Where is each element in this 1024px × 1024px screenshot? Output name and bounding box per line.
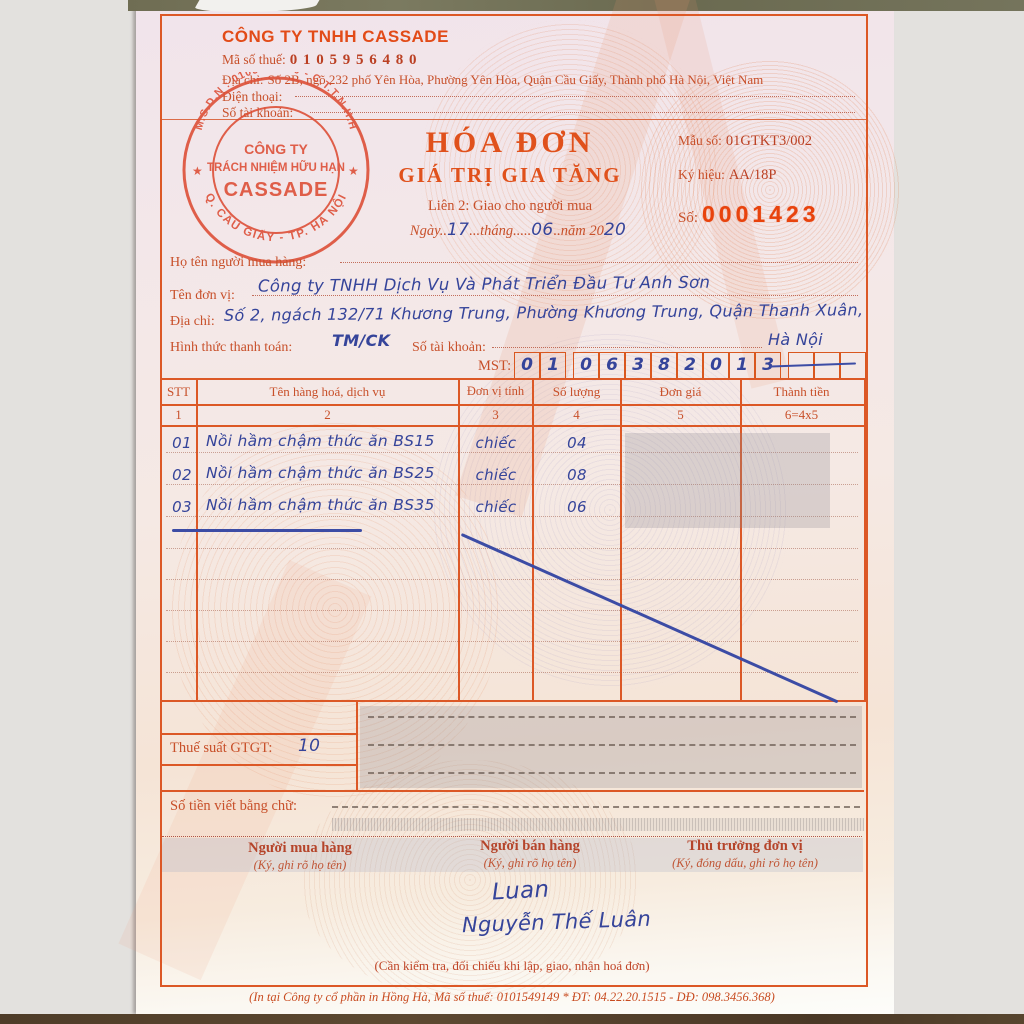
- redacted-words-strip: [332, 818, 864, 831]
- seller-signature-handwritten: Luan: [491, 877, 550, 906]
- tax-rate-label: Thuế suất GTGT:: [170, 740, 272, 757]
- date-word-thang: tháng: [480, 223, 513, 239]
- col-header-price: Đơn giá: [621, 384, 740, 400]
- summary-vline: [356, 700, 358, 790]
- row-stt: 01: [168, 434, 196, 452]
- row-stt: 03: [168, 498, 196, 516]
- director-signature-title: Thủ trưởng đơn vị: [630, 838, 860, 855]
- phone-dotted-line: [295, 82, 855, 97]
- summary-hline: [160, 733, 357, 735]
- buyer-address2-handwritten: Hà Nội: [768, 330, 823, 349]
- account-dotted-line: [310, 98, 855, 113]
- table-guide-line: [166, 610, 858, 611]
- mst-box: 1: [540, 352, 566, 379]
- company-round-stamp: M.S.D.N : 0105956480 - C.T.T.N.H.H Q. CẦ…: [178, 72, 374, 268]
- mst-digit: 0: [521, 355, 533, 375]
- row-stt: 02: [168, 466, 196, 484]
- mst-label: MST:: [478, 358, 511, 375]
- printer-info: (In tại Công ty cổ phần in Hồng Hà, Mã s…: [162, 990, 862, 1005]
- mst-box: 1: [729, 352, 755, 379]
- col-header-unit: Đơn vị tính: [459, 384, 532, 399]
- mst-box-empty: [840, 352, 866, 379]
- table-guide-line: [166, 641, 858, 642]
- row-name: Nồi hầm chậm thức ăn BS35: [206, 496, 458, 514]
- stamp-center-line3: CASSADE: [224, 179, 329, 201]
- table-hline: [160, 425, 864, 427]
- mst-box: 0: [703, 352, 729, 379]
- col-number-stt: 1: [160, 407, 197, 423]
- mst-box: 8: [651, 352, 677, 379]
- mst-digit: 8: [658, 355, 670, 375]
- row-unit: chiếc: [460, 498, 532, 516]
- amount-dashed-line: [368, 772, 856, 774]
- seller-tax-row: Mã số thuế: 0 1 0 5 9 5 6 4 8 0: [222, 51, 418, 69]
- table-surface-strip: [0, 1014, 1024, 1024]
- mst-digit: 1: [736, 355, 748, 375]
- invoice-subtitle: GIÁ TRỊ GIA TĂNG: [360, 163, 660, 188]
- row-name: Nồi hầm chậm thức ăn BS25: [206, 464, 458, 482]
- buyer-account-label: Số tài khoản:: [412, 340, 486, 356]
- buyer-signature-note: (Ký, ghi rõ họ tên): [200, 858, 400, 873]
- col-number-unit: 3: [459, 407, 532, 423]
- date-word-nam: năm 20: [561, 223, 604, 239]
- stamp-star-right-icon: ★: [348, 164, 359, 178]
- buyer-name-label: Họ tên người mua hàng:: [170, 255, 306, 271]
- serial-symbol-value: AA/18P: [729, 167, 777, 183]
- mst-box: 0: [514, 352, 540, 379]
- seller-signature-note: (Ký, ghi rõ họ tên): [430, 856, 630, 871]
- seller-company-name: CÔNG TY TNHH CASSADE: [222, 27, 449, 47]
- col-number-name: 2: [197, 407, 458, 423]
- mst-box: 3: [625, 352, 651, 379]
- col-number-price: 5: [621, 407, 740, 423]
- amount-dashed-line: [368, 716, 856, 718]
- invoice-number-label: Số:: [678, 210, 698, 226]
- stamp-center-line1: CÔNG TY: [244, 140, 308, 157]
- form-number-value: 01GTKT3/002: [726, 133, 812, 149]
- table-guide-line: [166, 548, 858, 549]
- amount-words-label: Số tiền viết bằng chữ:: [170, 798, 297, 815]
- mst-digit: 1: [547, 355, 559, 375]
- form-number-label: Mẫu số:: [678, 133, 722, 148]
- col-header-name: Tên hàng hoá, dịch vụ: [197, 384, 458, 400]
- row-qty: 04: [534, 434, 620, 452]
- seller-tax-label: Mã số thuế:: [222, 52, 286, 67]
- invoice-number-row: Số: 0001423: [678, 201, 820, 228]
- row-name: Nồi hầm chậm thức ăn BS15: [206, 432, 458, 450]
- seller-signature-title: Người bán hàng: [430, 838, 630, 855]
- col-header-total: Thành tiền: [741, 384, 862, 400]
- date-year-handwritten: 20: [604, 220, 626, 240]
- stamp-star-left-icon: ★: [192, 164, 203, 178]
- row-unit: chiếc: [460, 466, 532, 484]
- date-line: Ngày..17...tháng.....06..năm 2020: [378, 220, 658, 240]
- serial-symbol-row: Ký hiệu: AA/18P: [678, 166, 776, 184]
- payment-method-handwritten: TM/CK: [332, 331, 390, 350]
- date-day-handwritten: 17: [447, 220, 469, 240]
- buyer-name-dotted-line: [340, 248, 858, 263]
- payment-method-label: Hình thức thanh toán:: [170, 340, 292, 356]
- col-number-total: 6=4x5: [741, 407, 862, 423]
- stamp-top-arc-text: M.S.D.N : 0105956480 - C.T.T.N.H.H: [193, 72, 359, 131]
- table-hline: [160, 404, 864, 406]
- copy-note: Liên 2: Giao cho người mua: [360, 198, 660, 215]
- mst-box: 2: [677, 352, 703, 379]
- row-qty: 08: [534, 466, 620, 484]
- invoice-title: HÓA ĐƠN: [360, 126, 660, 160]
- mst-digit: 0: [710, 355, 722, 375]
- tax-rate-handwritten: 10: [298, 736, 320, 756]
- mst-box: 6: [599, 352, 625, 379]
- form-number-row: Mẫu số: 01GTKT3/002: [678, 132, 812, 150]
- amount-dashed-line: [368, 744, 856, 746]
- summary-hline: [160, 790, 864, 792]
- serial-symbol-label: Ký hiệu:: [678, 167, 725, 182]
- pen-underline: [172, 529, 362, 532]
- buyer-account-dotted-line: [492, 333, 762, 348]
- summary-hline: [160, 764, 357, 766]
- stamp-center-line2: TRÁCH NHIỆM HỮU HẠN: [207, 161, 345, 174]
- svg-text:M.S.D.N : 0105956480 - C.T.T.N: M.S.D.N : 0105956480 - C.T.T.N.H.H: [193, 72, 359, 131]
- redacted-price-block: [625, 433, 830, 528]
- col-number-qty: 4: [533, 407, 620, 423]
- table-guide-line: [166, 579, 858, 580]
- invoice-number-value: 0001423: [702, 201, 820, 227]
- items-table: [160, 378, 866, 702]
- mst-digit: 3: [632, 355, 644, 375]
- row-qty: 06: [534, 498, 620, 516]
- table-guide-line: [166, 672, 858, 673]
- seller-tax-value: 0 1 0 5 9 5 6 4 8 0: [290, 52, 418, 68]
- invoice-photo: { "colors": { "accent_orange": "#dc5826"…: [0, 0, 1024, 1024]
- signature-separator-dotted: [162, 835, 862, 837]
- mst-digit: 2: [684, 355, 696, 375]
- buyer-address-label: Địa chỉ:: [170, 314, 215, 330]
- mst-digit: 0: [580, 355, 592, 375]
- date-word-ngay: Ngày: [410, 223, 440, 239]
- buyer-unit-label: Tên đơn vị:: [170, 288, 235, 304]
- col-header-stt: STT: [160, 384, 197, 400]
- mst-digit: 6: [606, 355, 618, 375]
- amount-words-dashed-line: [332, 806, 860, 808]
- row-unit: chiếc: [460, 434, 532, 452]
- col-header-qty: Số lượng: [533, 384, 620, 400]
- buyer-signature-title: Người mua hàng: [200, 840, 400, 857]
- date-month-handwritten: 06: [531, 220, 553, 240]
- redacted-amount-block: [360, 706, 862, 788]
- mst-box: 0: [573, 352, 599, 379]
- check-note: (Cần kiểm tra, đối chiếu khi lập, giao, …: [262, 958, 762, 974]
- director-signature-note: (Ký, đóng dấu, ghi rõ họ tên): [630, 856, 860, 871]
